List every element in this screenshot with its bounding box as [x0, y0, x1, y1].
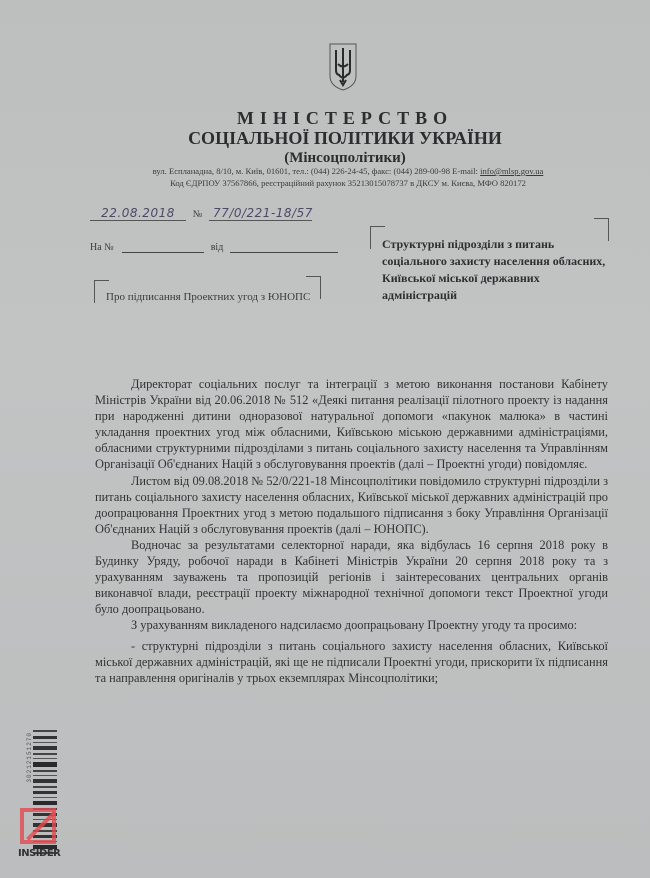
body-paragraph-3: Водночас за результатами селекторної нар…	[95, 537, 608, 617]
document-page: МІНІСТЕРСТВО СОЦІАЛЬНОЇ ПОЛІТИКИ УКРАЇНИ…	[0, 0, 650, 878]
letter-body: Директорат соціальних послуг та інтеграц…	[95, 376, 608, 686]
ref-label: На №	[90, 242, 114, 253]
watermark-label: INSIDER	[18, 848, 60, 859]
trident-coat-of-arms-icon	[328, 42, 358, 92]
handwritten-date: 22.08.2018	[90, 206, 186, 221]
ministry-subtitle: СОЦІАЛЬНОЇ ПОЛІТИКИ УКРАЇНИ	[0, 128, 650, 149]
addressee-text: Структурні підрозділи з питань соціально…	[382, 236, 612, 304]
body-paragraph-4: З урахуванням викладеного надсилаємо доо…	[95, 617, 608, 633]
ref-date-blank	[230, 242, 338, 253]
body-paragraph-2: Листом від 09.08.2018 № 52/0/221-18 Мінс…	[95, 473, 608, 537]
subject-text: Про підписання Проектних угод з ЮНОПС	[106, 290, 324, 305]
number-label: №	[193, 209, 203, 220]
reference-row: На № від	[90, 242, 338, 253]
ministry-title: МІНІСТЕРСТВО	[0, 108, 650, 129]
ref-number-blank	[122, 242, 204, 253]
email-link[interactable]: info@mlsp.gov.ua	[480, 166, 543, 176]
from-label: від	[211, 242, 224, 253]
insider-logo-icon: INSIDER	[20, 808, 60, 868]
ministry-short-name: (Мінсоцполітики)	[0, 150, 650, 167]
request-list-item-1: - структурні підрозділи з питань соціаль…	[95, 638, 608, 686]
body-paragraph-1: Директорат соціальних послуг та інтеграц…	[95, 376, 608, 473]
registration-row: 22.08.2018 № 77/0/221-18/57	[90, 206, 312, 221]
registry-code-line: Код ЄДРПОУ 37567866, реєстраційний рахун…	[88, 178, 608, 188]
address-text: вул. Еспланадна, 8/10, м. Київ, 01601, т…	[153, 166, 480, 176]
address-line: вул. Еспланадна, 8/10, м. Київ, 01601, т…	[88, 166, 608, 176]
handwritten-number: 77/0/221-18/57	[209, 206, 312, 221]
